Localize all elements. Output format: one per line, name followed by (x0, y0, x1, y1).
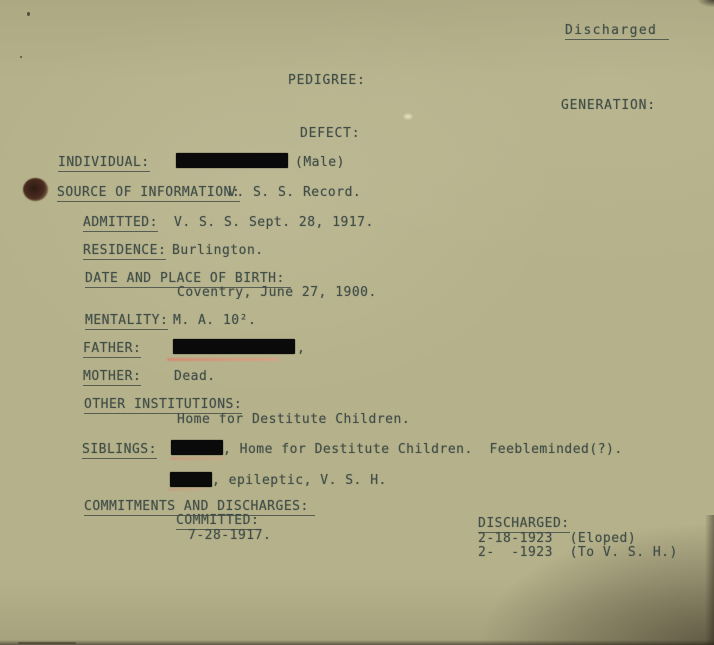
scanned-document: Discharged PEDIGREE: GENERATION: DEFECT:… (0, 0, 714, 645)
siblings-label: SIBLINGS: (82, 443, 157, 459)
edge-shadow-line (18, 642, 76, 644)
mother-value: Dead. (174, 370, 216, 384)
mentality-label: MENTALITY: (85, 314, 168, 330)
father-value: , (297, 342, 305, 356)
hole-punch-mark (23, 178, 48, 201)
redaction-box-individual-name (176, 153, 288, 168)
residence-label: RESIDENCE: (83, 244, 166, 260)
edge-shadow-bottom (0, 640, 714, 645)
pink-underline-sibling-1 (170, 457, 224, 460)
discharged-entry-2: 2- -1923 (To V. S. H.) (478, 546, 678, 560)
pedigree-heading: PEDIGREE: (288, 74, 366, 88)
redaction-box-sibling-2-name (170, 472, 212, 487)
pink-underline-father (167, 358, 279, 361)
source-of-information-label: SOURCE OF INFORMATION: (57, 186, 240, 202)
father-label: FATHER: (83, 342, 141, 358)
mentality-value: M. A. 10². (173, 314, 256, 328)
discharged-entry-1: 2-18-1923 (Eloped) (478, 532, 636, 546)
ink-speck (20, 56, 22, 58)
ink-speck (27, 12, 30, 16)
committed-date: 7-28-1917. (188, 529, 271, 543)
individual-value: (Male) (295, 156, 345, 170)
admitted-value: V. S. S. Sept. 28, 1917. (174, 216, 374, 230)
admitted-label: ADMITTED: (83, 216, 158, 232)
pink-underline-sibling-2 (168, 488, 204, 491)
mother-label: MOTHER: (83, 370, 141, 386)
paper-flaw (404, 114, 412, 119)
siblings-line2: , epileptic, V. S. H. (212, 474, 387, 488)
edge-shadow-right (705, 515, 714, 645)
generation-heading: GENERATION: (561, 99, 656, 113)
residence-value: Burlington. (172, 244, 264, 258)
individual-label: INDIVIDUAL: (58, 156, 150, 172)
birth-value: Coventry, June 27, 1900. (177, 286, 377, 300)
defect-heading: DEFECT: (300, 127, 360, 141)
other-institutions-value: Home for Destitute Children. (177, 413, 410, 427)
siblings-line1: , Home for Destitute Children. Feeblemin… (223, 443, 623, 457)
discharged-status: Discharged (565, 24, 669, 40)
source-of-information-value: V. S. S. Record. (228, 186, 361, 200)
corner-shadow-top-right (698, 0, 714, 7)
redaction-box-father-name (173, 339, 295, 354)
redaction-box-sibling-1-name (171, 440, 223, 455)
